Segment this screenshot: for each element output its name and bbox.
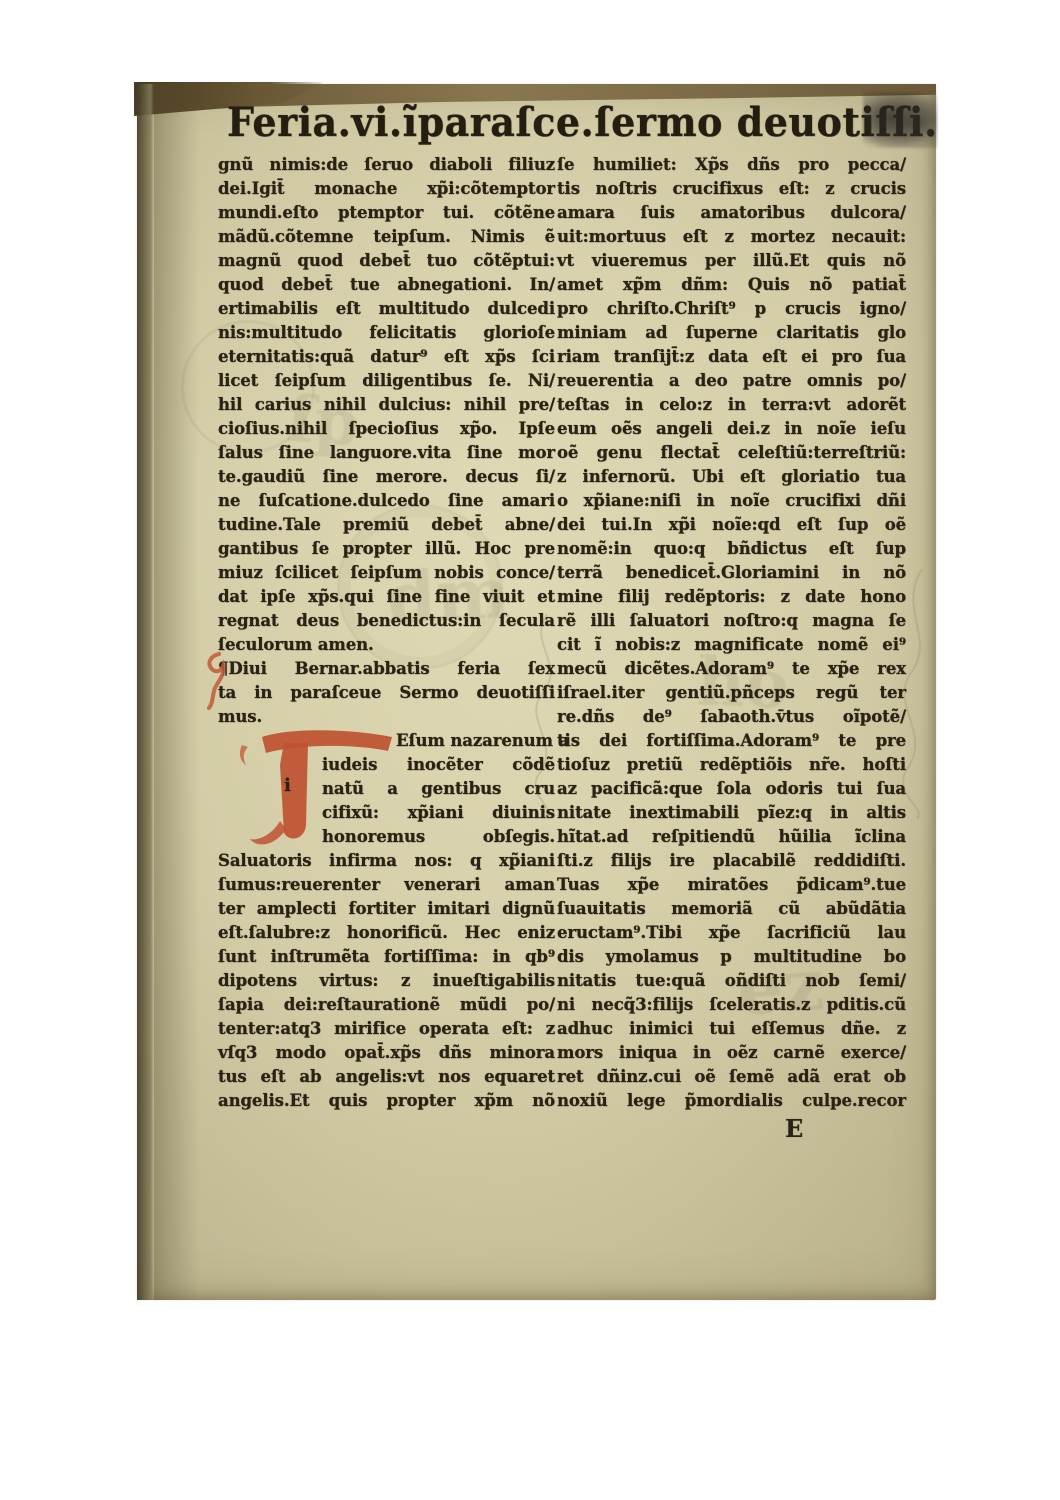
text-line: dis ymolamus p multitudine bo bbox=[557, 945, 906, 969]
text-line: ¶Diui Bernar.abbatis feria ſex bbox=[218, 657, 555, 681]
text-line: mundi.eſto ptemptor tui. cõtẽne bbox=[218, 201, 555, 225]
text-line: nitatis tue:quã oñdiſti nob ſemi/ bbox=[557, 969, 906, 993]
text-line: quod debet̄ tue abnegationi. In/ bbox=[218, 273, 555, 297]
text-line: dipotens virtus: z inueſtigabilis bbox=[218, 969, 555, 993]
text-line: mãdũ.cõtemne teipſum. Nimis ẽ bbox=[218, 225, 555, 249]
text-line: noxiũ lege p̃mordialis culpe.recor bbox=[557, 1089, 906, 1113]
text-line: te.gaudiũ ſine merore. decus ſi/ bbox=[218, 465, 555, 489]
text-line: dei tui.In xp̃i noĩe:qd eſt ſup oẽ bbox=[557, 513, 906, 537]
text-line: ſalus ſine languore.vita ſine mor bbox=[218, 441, 555, 465]
text-line: cioſius.nihil ſpecioſius xp̃o. Ipſe bbox=[218, 417, 555, 441]
text-line: nomẽ:in quo:q bñdictus eſt ſup bbox=[557, 537, 906, 561]
red-paragraph-mark bbox=[203, 650, 229, 710]
ink-smudge-mark bbox=[863, 92, 937, 148]
text-line: ne ſuſcatione.dulcedo ſine amari bbox=[218, 489, 555, 513]
text-line: ta in paraſceue Sermo deuotiſſi bbox=[218, 681, 555, 705]
text-line: eſt.ſalubre:z honorificũ. Hec eniz bbox=[218, 921, 555, 945]
text-line: mecũ dicẽtes.Adoram⁹ te xp̃e rex bbox=[557, 657, 906, 681]
text-line: vſq3 modo opat̄.xp̃s dñs minora bbox=[218, 1041, 555, 1065]
text-line: angelis.Et quis propter xp̃m nõ bbox=[218, 1089, 555, 1113]
text-line: reuerentia a deo patre omnis po/ bbox=[557, 369, 906, 393]
text-line: az pacificã:que ſola odoris tui ſua bbox=[557, 777, 906, 801]
text-line: nitate inextimabili pĩez:q in altis bbox=[557, 801, 906, 825]
text-line: ſe humiliet: Xp̃s dñs pro pecca/ bbox=[557, 153, 906, 177]
text-line: teſtas in celo:z in terra:vt adorẽt bbox=[557, 393, 906, 417]
text-line: tenter:atq3 mirifice operata eſt: z bbox=[218, 1017, 555, 1041]
text-line: miuz ſcilicet ſeipſum nobis conce/ bbox=[218, 561, 555, 585]
initial-guide-letter: i bbox=[284, 775, 291, 796]
text-line: tus eſt ab angelis:vt nos equaret bbox=[218, 1065, 555, 1089]
signature-mark: E bbox=[785, 1114, 803, 1143]
binding-gutter-shadow-soft bbox=[154, 84, 200, 1300]
text-line: ſeculorum amen. bbox=[218, 633, 555, 657]
text-line: ſti.z filijs ire placabilẽ reddidiſti. bbox=[557, 849, 906, 873]
text-line: nis:multitudo felicitatis glorioſe bbox=[218, 321, 555, 345]
text-line: regnat deus benedictus:in ſecula bbox=[218, 609, 555, 633]
text-line: vt viueremus per illũ.Et quis nõ bbox=[557, 249, 906, 273]
text-line: mine filij redẽptoris: z date hono bbox=[557, 585, 906, 609]
text-line: tis dei fortiſſima.Adoram⁹ te pre bbox=[557, 729, 906, 753]
text-line: ertimabilis eſt multitudo dulcedi bbox=[218, 297, 555, 321]
text-line: dat ipſe xp̃s.qui ſine fine viuit et bbox=[218, 585, 555, 609]
text-line: amet xp̃m dñm: Quis nõ patiat̄ bbox=[557, 273, 906, 297]
binding-gutter-shadow bbox=[137, 84, 154, 1300]
text-line: Tuas xp̃e miratões p̃dicam⁹.tue bbox=[557, 873, 906, 897]
text-line: miniam ad ſuperne claritatis glo bbox=[557, 321, 906, 345]
text-line: re.dñs de⁹ ſabaoth.v̄tus oĩpotẽ/ bbox=[557, 705, 906, 729]
text-line: amara ſuis amatoribus dulcora/ bbox=[557, 201, 906, 225]
rubric-heading-paragraph: ¶Diui Bernar.abbatis feria ſexta in para… bbox=[218, 657, 555, 729]
text-line: oẽ genu flectat̄ celeſtiũ:terreſtriũ: bbox=[557, 441, 906, 465]
paragraph: gnũ nimis:de ſeruo diaboli filiuzdei.Igi… bbox=[218, 153, 555, 657]
text-line: tudine.Tale premiũ debet̄ abne/ bbox=[218, 513, 555, 537]
text-line: ſumus:reuerenter venerari aman bbox=[218, 873, 555, 897]
text-column-right: ſe humiliet: Xp̃s dñs pro pecca/tis noſt… bbox=[557, 153, 906, 1113]
paragraph: Saluatoris infirma nos: q xp̃ianiſumus:r… bbox=[218, 849, 555, 1113]
paragraph: ſe humiliet: Xp̃s dñs pro pecca/tis noſt… bbox=[557, 153, 906, 1113]
text-line: dei.Igit̄ monache xp̃i:cõtemptor bbox=[218, 177, 555, 201]
text-line: Saluatoris infirma nos: q xp̃iani bbox=[218, 849, 555, 873]
text-line: magnũ quod debet̄ tuo cõtẽptui: bbox=[218, 249, 555, 273]
text-line: Eſum nazarenum a bbox=[396, 729, 555, 753]
text-line: ret dñinz.cui oẽ ſemẽ adã erat ob bbox=[557, 1065, 906, 1089]
text-line: gnũ nimis:de ſeruo diaboli filiuz bbox=[218, 153, 555, 177]
text-line: ter amplecti fortiter imitari dignũ bbox=[218, 897, 555, 921]
text-line: eructam⁹.Tibi xp̃e ſacrificiũ lau bbox=[557, 921, 906, 945]
text-line: eternitatis:quã datur⁹ eſt xp̃s ſci bbox=[218, 345, 555, 369]
text-line: hil carius nihil dulcius: nihil pre/ bbox=[218, 393, 555, 417]
text-line: tis noſtris crucifixus eſt: z crucis bbox=[557, 177, 906, 201]
text-line: uit:mortuus eſt z mortez necauit: bbox=[557, 225, 906, 249]
text-line: licet ſeipſum diligentibus ſe. Ni/ bbox=[218, 369, 555, 393]
text-line: cit ĩ nobis:z magnificate nomẽ ei⁹ bbox=[557, 633, 906, 657]
text-line: pro chriſto.Chriſt⁹ p crucis igno/ bbox=[557, 297, 906, 321]
text-line: mors iniqua in oẽz carnẽ exerce/ bbox=[557, 1041, 906, 1065]
text-line: rẽ illi ſaluatori noſtro:q magna ſe bbox=[557, 609, 906, 633]
illuminated-initial-I bbox=[232, 725, 402, 851]
text-line: terrã benedicet̄.Gloriamini in nõ bbox=[557, 561, 906, 585]
text-line: o xp̃iane:niſi in noĩe crucifixi dñi bbox=[557, 489, 906, 513]
text-line: iſrael.iter gentiũ.pñceps regũ ter bbox=[557, 681, 906, 705]
scanned-incunabulum-photo: { "page": { "header": { "title": "Feria.… bbox=[0, 0, 1060, 1500]
text-line: tioſuz pretiũ redẽptiõis nr̃e. hoſti bbox=[557, 753, 906, 777]
text-column-left: gnũ nimis:de ſeruo diaboli filiuzdei.Igi… bbox=[218, 153, 555, 1113]
text-line: ſuauitatis memoriã cũ abũdãtia bbox=[557, 897, 906, 921]
text-line: adhuc inimici tui eſſemus dñe. z bbox=[557, 1017, 906, 1041]
text-line: gantibus ſe propter illũ. Hoc pre bbox=[218, 537, 555, 561]
text-line: hĩtat.ad reſpitiendũ hũilia ĩclina bbox=[557, 825, 906, 849]
text-line: eum oẽs angeli dei.z in noĩe ieſu bbox=[557, 417, 906, 441]
book-page: ſp dm ho ez Feria.vi.ĩparaſce.ſermo deuo… bbox=[137, 84, 936, 1300]
text-line: riam tranſijt̄:z data eſt ei pro ſua bbox=[557, 345, 906, 369]
text-line: z infernorũ. Ubi eſt gloriatio tua bbox=[557, 465, 906, 489]
text-line: ſunt inſtrumẽta fortiſſima: in qb⁹ bbox=[218, 945, 555, 969]
text-line: ſapia dei:reſtaurationẽ mũdi po/ bbox=[218, 993, 555, 1017]
illuminated-initial-block: i Eſum nazarenum aiudeis inocẽter cõdẽna… bbox=[218, 729, 555, 849]
text-line: ni necq̃3:filijs ſceleratis.z pditis.cũ bbox=[557, 993, 906, 1017]
running-title: Feria.vi.ĩparaſce.ſermo deuotiſſi. bbox=[227, 98, 927, 146]
